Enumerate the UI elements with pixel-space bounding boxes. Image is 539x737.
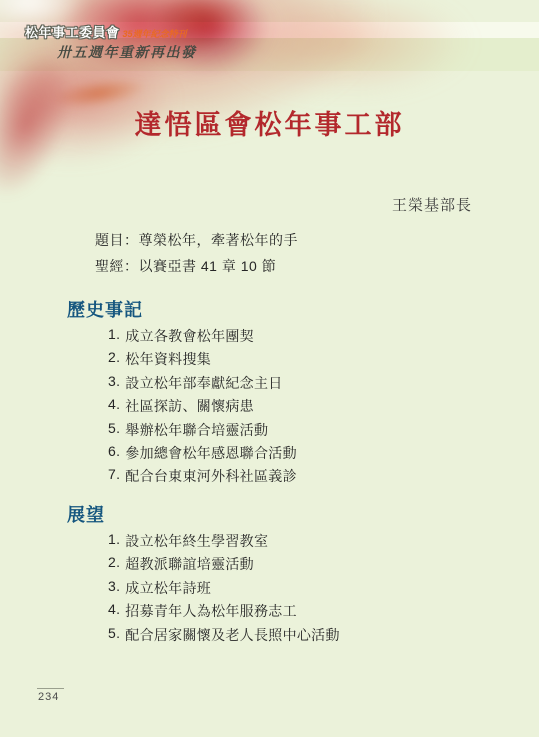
topic-line: 題目：尊榮松年，牽著松年的手 (95, 228, 298, 254)
item-text: 設立松年終生學習教室 (125, 531, 268, 551)
article-meta: 題目：尊榮松年，牽著松年的手 聖經：以賽亞書 41 章 10 節 (95, 228, 298, 279)
item-text: 成立松年詩班 (125, 578, 211, 598)
history-item-2: 2.松年資料搜集 (108, 349, 297, 372)
item-number: 1. (108, 531, 120, 547)
anniversary-slogan: 卅五週年重新再出發 (57, 42, 197, 62)
outlook-list: 1.設立松年終生學習教室 2.超教派聯誼培靈活動 3.成立松年詩班 4.招募青年… (108, 531, 340, 648)
item-number: 5. (108, 625, 120, 641)
item-text: 招募青年人為松年服務志工 (125, 601, 297, 621)
outlook-item-2: 2.超教派聯誼培靈活動 (108, 554, 340, 577)
item-number: 6. (108, 443, 120, 459)
item-text: 配合居家關懷及老人長照中心活動 (125, 625, 340, 645)
section-heading-history: 歷史事記 (67, 296, 143, 322)
item-number: 3. (108, 373, 120, 389)
history-item-7: 7.配合台東東河外科社區義診 (108, 466, 297, 489)
item-text: 社區探訪、關懷病患 (125, 396, 254, 416)
outlook-item-5: 5.配合居家關懷及老人長照中心活動 (108, 625, 340, 648)
committee-title: 松年事工委員會 (25, 22, 120, 41)
footer-rule (37, 688, 64, 689)
outlook-item-3: 3.成立松年詩班 (108, 578, 340, 601)
item-text: 配合台東東河外科社區義診 (125, 466, 297, 486)
outlook-item-1: 1.設立松年終生學習教室 (108, 531, 340, 554)
item-text: 成立各教會松年團契 (125, 326, 254, 346)
item-number: 4. (108, 396, 120, 412)
item-number: 7. (108, 466, 120, 482)
page-number: 234 (38, 691, 59, 703)
item-text: 松年資料搜集 (125, 349, 211, 369)
magazine-page: 松年事工委員會 35週年紀念特刊 卅五週年重新再出發 達悟區會松年事工部 王榮基… (0, 0, 539, 737)
item-text: 參加總會松年感恩聯合活動 (125, 443, 297, 463)
item-number: 4. (108, 601, 120, 617)
history-item-3: 3.設立松年部奉獻紀念主日 (108, 373, 297, 396)
item-number: 2. (108, 554, 120, 570)
header-banner: 松年事工委員會 35週年紀念特刊 (25, 22, 187, 41)
item-text: 設立松年部奉獻紀念主日 (125, 373, 282, 393)
scripture-line: 聖經：以賽亞書 41 章 10 節 (95, 254, 298, 280)
anniversary-special-label: 35週年紀念特刊 (123, 27, 187, 41)
outlook-item-4: 4.招募青年人為松年服務志工 (108, 601, 340, 624)
item-text: 超教派聯誼培靈活動 (125, 554, 254, 574)
item-number: 3. (108, 578, 120, 594)
history-item-1: 1.成立各教會松年團契 (108, 326, 297, 349)
history-item-4: 4.社區探訪、關懷病患 (108, 396, 297, 419)
history-item-5: 5.舉辦松年聯合培靈活動 (108, 420, 297, 443)
article-title: 達悟區會松年事工部 (0, 103, 539, 142)
section-heading-outlook: 展望 (67, 501, 105, 527)
author-name: 王榮基部長 (392, 194, 472, 215)
history-list: 1.成立各教會松年團契 2.松年資料搜集 3.設立松年部奉獻紀念主日 4.社區探… (108, 326, 297, 490)
item-number: 2. (108, 349, 120, 365)
item-text: 舉辦松年聯合培靈活動 (125, 420, 268, 440)
history-item-6: 6.參加總會松年感恩聯合活動 (108, 443, 297, 466)
item-number: 1. (108, 326, 120, 342)
item-number: 5. (108, 420, 120, 436)
